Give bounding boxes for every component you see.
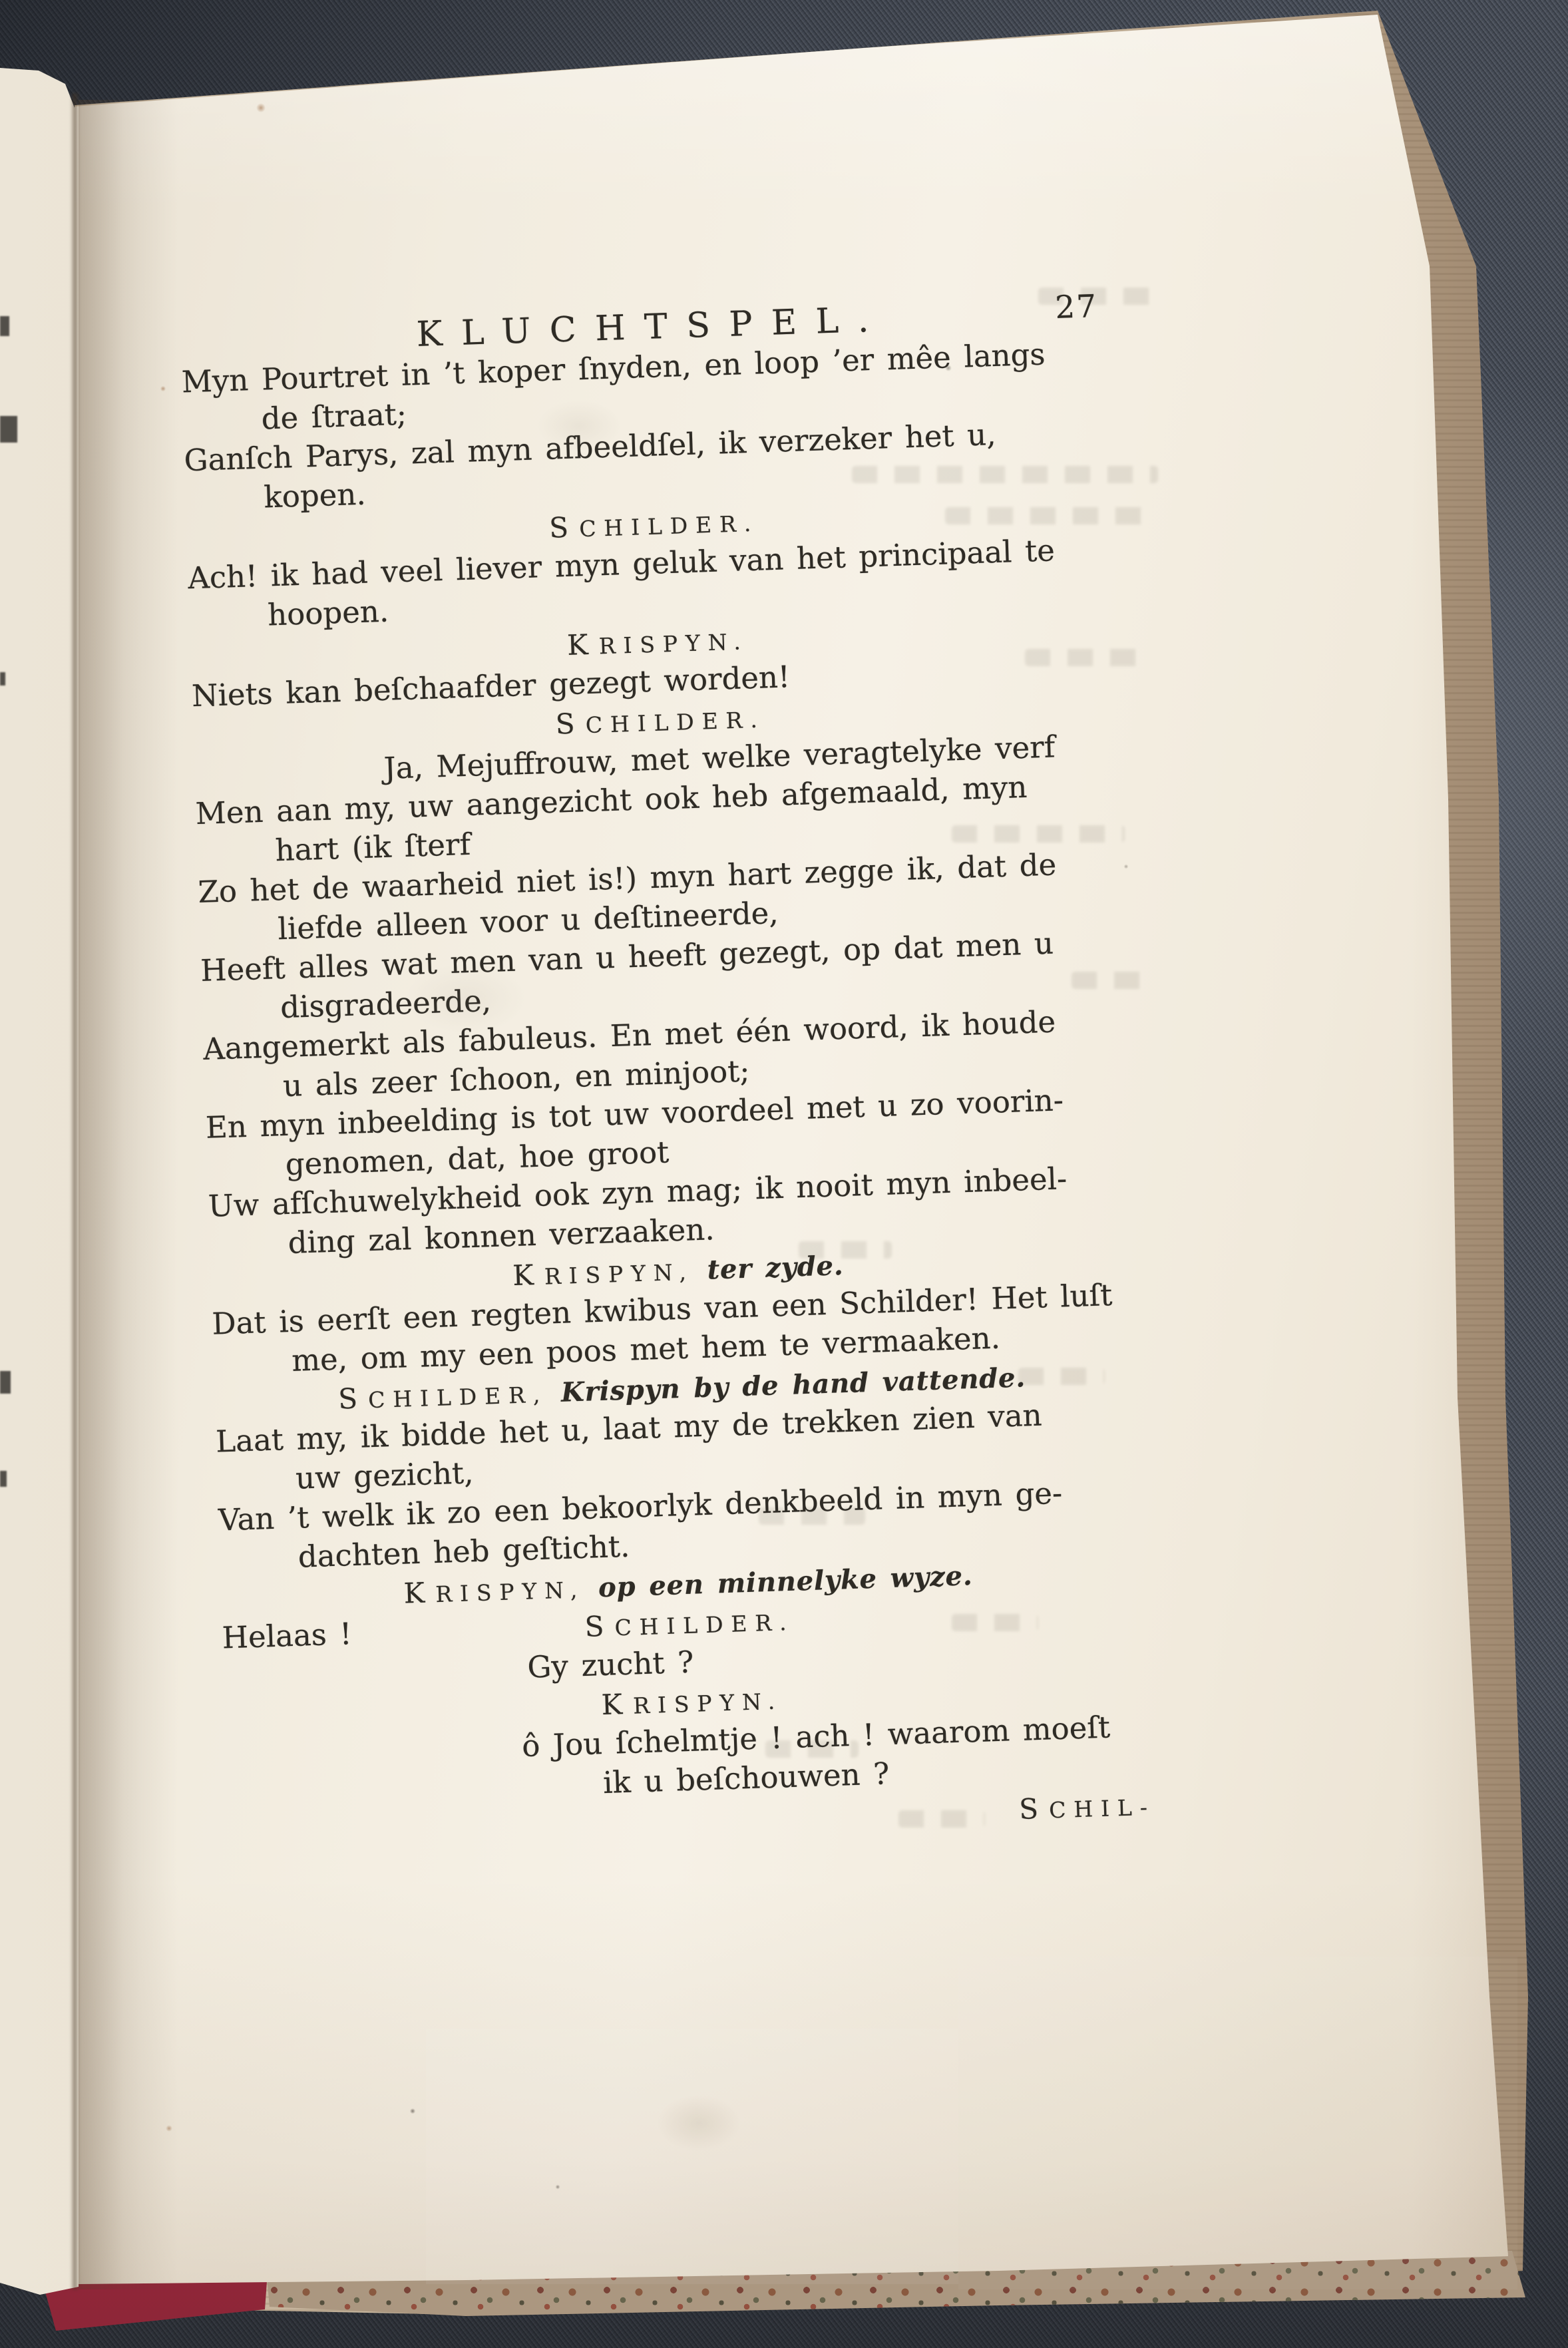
page-number: 27 (1054, 287, 1097, 327)
page-text: KLUCHTSPEL. 27 Myn Pourtret in ’t koper … (170, 293, 1164, 1854)
gutter-crease (71, 93, 79, 2289)
stage-direction: ter zyde. (707, 1250, 844, 1286)
gutter-shadow (79, 100, 178, 2289)
speech-text: Helaas ! (222, 1614, 353, 1657)
print-fragment (0, 1371, 11, 1394)
print-fragment (0, 672, 5, 685)
print-fragment (0, 1471, 7, 1487)
book-photo: KLUCHTSPEL. 27 Myn Pourtret in ’t koper … (0, 0, 1568, 2348)
print-fragment (0, 316, 9, 336)
print-fragment (0, 416, 17, 443)
text-lines: Myn Pourtret in ’t koper ſnyden, en loop… (171, 332, 1164, 1854)
